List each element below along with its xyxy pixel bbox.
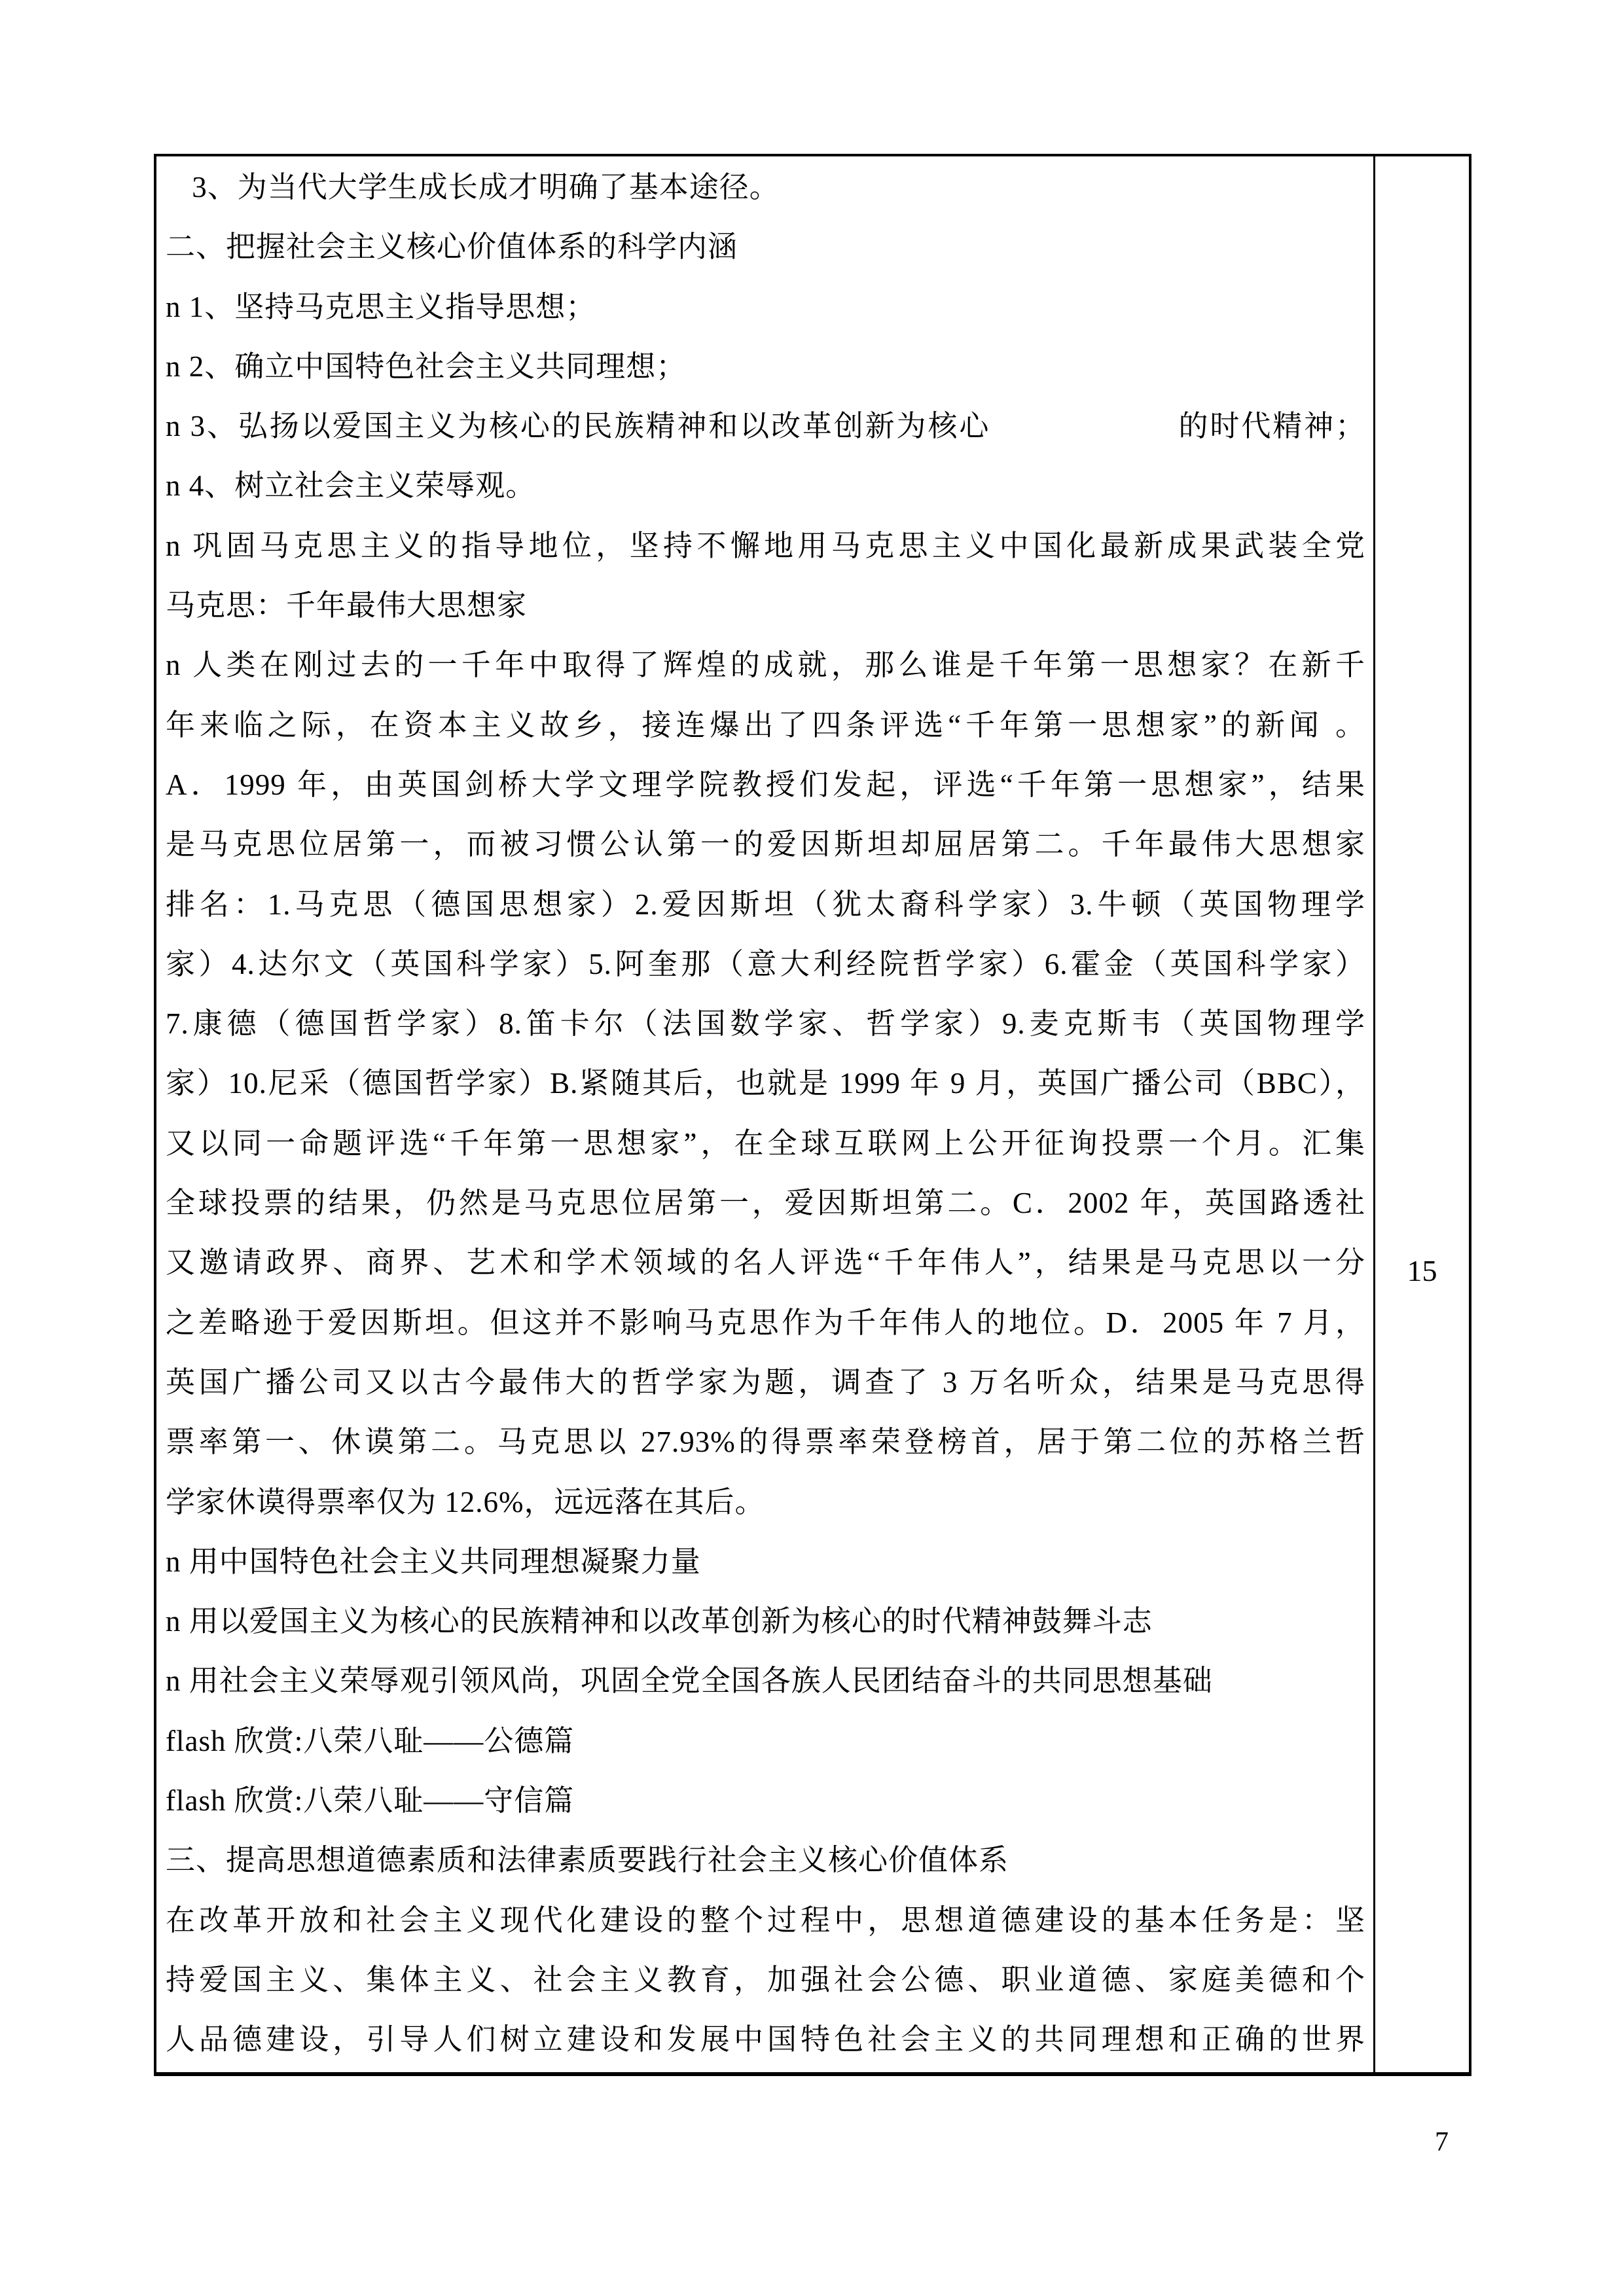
text-line: 英国广播公司又以古今最伟大的哲学家为题，调查了 3 万名听众，结果是马克思得 xyxy=(166,1353,1365,1412)
score-cell: 15 xyxy=(1375,156,1469,2072)
text-line: 学家休谟得票率仅为 12.6%，远远落在其后。 xyxy=(166,1473,1365,1532)
text-line: 在改革开放和社会主义现代化建设的整个过程中，思想道德建设的基本任务是：坚 xyxy=(166,1891,1365,1950)
text-line: n 用以爱国主义为核心的民族精神和以改革创新为核心的时代精神鼓舞斗志 xyxy=(166,1592,1365,1651)
text-line: n 人类在刚过去的一千年中取得了辉煌的成就，那么谁是千年第一思想家？在新千 xyxy=(166,636,1365,695)
text-line: flash 欣赏:八荣八耻——公德篇 xyxy=(166,1712,1365,1771)
lesson-plan-table: 3、为当代大学生成长成才明确了基本途径。二、把握社会主义核心价值体系的科学内涵n… xyxy=(154,154,1471,2076)
text-line: 之差略逊于爱因斯坦。但这并不影响马克思作为千年伟人的地位。D．2005 年 7 … xyxy=(166,1293,1365,1353)
text-line: n 2、确立中国特色社会主义共同理想； xyxy=(166,337,1365,397)
text-line: 马克思：千年最伟大思想家 xyxy=(166,576,1365,636)
text-line: 7.康德（德国哲学家）8.笛卡尔（法国数学家、哲学家）9.麦克斯韦（英国物理学 xyxy=(166,994,1365,1054)
text-line: 持爱国主义、集体主义、社会主义教育，加强社会公德、职业道德、家庭美德和个 xyxy=(166,1950,1365,2010)
text-line: n 用中国特色社会主义共同理想凝聚力量 xyxy=(166,1532,1365,1592)
text-line: 票率第一、休谟第二。马克思以 27.93%的得票率荣登榜首，居于第二位的苏格兰哲 xyxy=(166,1412,1365,1472)
text-line: 年来临之际，在资本主义故乡，接连爆出了四条评选“千年第一思想家”的新闻 。 xyxy=(166,696,1365,755)
text-line: n 1、坚持马克思主义指导思想； xyxy=(166,278,1365,337)
text-line: 二、把握社会主义核心价值体系的科学内涵 xyxy=(166,217,1365,277)
text-line: 全球投票的结果，仍然是马克思位居第一，爱因斯坦第二。C．2002 年，英国路透社 xyxy=(166,1174,1365,1233)
page-number: 7 xyxy=(1435,2128,1449,2156)
text-line: n 用社会主义荣辱观引领风尚，巩固全党全国各族人民团结奋斗的共同思想基础 xyxy=(166,1651,1365,1711)
text-line: n 3、弘扬以爱国主义为核心的民族精神和以改革创新为核心 的时代精神； xyxy=(166,397,1365,456)
score-value: 15 xyxy=(1375,1256,1469,1286)
content-cell: 3、为当代大学生成长成才明确了基本途径。二、把握社会主义核心价值体系的科学内涵n… xyxy=(156,156,1375,2072)
text-line: 排名：1.马克思（德国思想家）2.爱因斯坦（犹太裔科学家）3.牛顿（英国物理学 xyxy=(166,875,1365,935)
text-line: 又邀请政界、商界、艺术和学术领域的名人评选“千年伟人”，结果是马克思以一分 xyxy=(166,1233,1365,1293)
document-page: 3、为当代大学生成长成才明确了基本途径。二、把握社会主义核心价值体系的科学内涵n… xyxy=(0,0,1624,2296)
text-line: 三、提高思想道德素质和法律素质要践行社会主义核心价值体系 xyxy=(166,1831,1365,1890)
text-line: A．1999 年，由英国剑桥大学文理学院教授们发起，评选“千年第一思想家”，结果 xyxy=(166,755,1365,815)
text-line: 家）10.尼采（德国哲学家）B.紧随其后，也就是 1999 年 9 月，英国广播… xyxy=(166,1054,1365,1113)
text-line: 3、为当代大学生成长成才明确了基本途径。 xyxy=(166,158,1365,217)
text-line: 人品德建设，引导人们树立建设和发展中国特色社会主义的共同理想和正确的世界 xyxy=(166,2010,1365,2070)
text-line: 是马克思位居第一，而被习惯公认第一的爱因斯坦却屈居第二。千年最伟大思想家 xyxy=(166,815,1365,874)
text-line: 家）4.达尔文（英国科学家）5.阿奎那（意大利经院哲学家）6.霍金（英国科学家） xyxy=(166,935,1365,994)
text-line: 又以同一命题评选“千年第一思想家”，在全球互联网上公开征询投票一个月。汇集 xyxy=(166,1114,1365,1174)
text-line: flash 欣赏:八荣八耻——守信篇 xyxy=(166,1771,1365,1831)
text-line: n 巩固马克思主义的指导地位，坚持不懈地用马克思主义中国化最新成果武装全党 xyxy=(166,516,1365,576)
text-line: n 4、树立社会主义荣辱观。 xyxy=(166,456,1365,516)
